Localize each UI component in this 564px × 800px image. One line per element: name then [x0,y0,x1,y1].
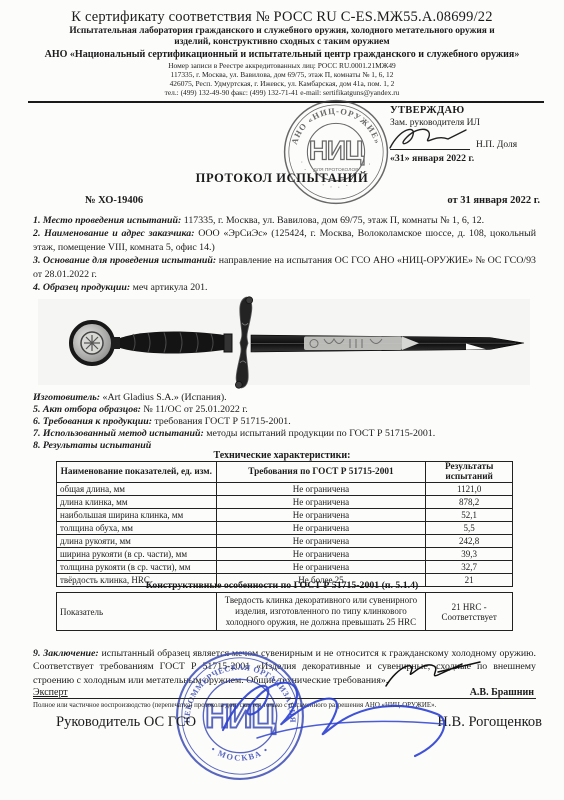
item-3-label: 3. Основание для проведения испытаний: [33,255,216,266]
row-req: Не ограничена [216,496,426,509]
row-result: 52,1 [426,509,513,522]
items-1-4: 1. Место проведения испытаний: 117335, г… [33,214,536,294]
row-req: Не ограничена [216,483,426,496]
row-name: толщина обуха, мм [57,522,217,535]
item-4-label: 4. Образец продукции: [33,282,130,293]
maker-line: Изготовитель: «Art Gladius S.A.» (Испани… [33,392,536,403]
row-result: 21 HRC - Соответствует [426,593,513,631]
certificate-reference: К сертификату соответствия № РОСС RU C-E… [0,9,564,26]
items-5-8: 5. Акт отбора образцов: № 11/ОС от 25.01… [33,404,536,452]
item-2-label: 2. Наименование и адрес заказчика: [33,228,195,239]
row-req: Не ограничена [216,509,426,522]
head-signature [205,652,475,767]
row-req: Не ограничена [216,548,426,561]
row-result: 39,3 [426,548,513,561]
row-name: общая длина, мм [57,483,217,496]
approval-block: УТВЕРЖДАЮ Зам. руководителя ИЛ Н.П. Доля… [390,105,548,164]
table-row: ширина рукояти (в ср. части), ммНе огран… [57,548,513,561]
address-line2: 426075, Респ. Удмуртская, г. Ижевск, ул.… [0,79,564,88]
sword-photo [38,293,530,389]
table-row: общая длина, ммНе ограничена1121,0 [57,483,513,496]
row-req: Твердость клинка декоративного или сувен… [216,593,426,631]
item-5-text: № 11/ОС от 25.01.2022 г. [141,404,248,415]
item-7: 7. Использованный метод испытаний: метод… [33,428,536,440]
round-stamp-gray: АНО «НИЦ-ОРУЖИЕ» · · · · · · · · · · · ·… [283,99,389,205]
item-4-text: меч артикула 201. [130,282,207,293]
lab-name-line2: изделий, конструктивно сходных с таким о… [0,37,564,48]
row-result: 1121,0 [426,483,513,496]
item-7-text: методы испытаний продукции по ГОСТ Р 517… [204,428,435,439]
expert-name: А.В. Брашнин [470,687,534,698]
row-req: Не ограничена [216,522,426,535]
table-row: длина рукояти, ммНе ограничена242,8 [57,535,513,548]
tech-table-caption: Технические характеристики: [0,450,564,461]
col-header-req: Требования по ГОСТ Р 51715-2001 [216,462,426,483]
row-result: 242,8 [426,535,513,548]
row-result: 5,5 [426,522,513,535]
table-row: наибольшая ширина клинка, ммНе ограничен… [57,509,513,522]
table-row: длина клинка, ммНе ограничена878,2 [57,496,513,509]
tech-table: Наименование показателей, ед. изм. Требо… [56,461,513,587]
item-6-label: 6. Требования к продукции: [33,416,152,427]
address-line1: 117335, г. Москва, ул. Вавилова, дом 69/… [0,70,564,79]
contacts-line: тел.: (499) 132-49-90 факс: (499) 132-71… [0,88,564,97]
approval-date: «31» января 2022 г. [390,153,548,164]
design-table: Показатель Твердость клинка декоративног… [56,592,513,631]
item-1: 1. Место проведения испытаний: 117335, г… [33,214,536,227]
item-7-label: 7. Использованный метод испытаний: [33,428,204,439]
registry-line: Номер записи в Реестре аккредитованных л… [0,61,564,70]
item-6-text: требования ГОСТ Р 51715-2001. [152,416,291,427]
item-5-label: 5. Акт отбора образцов: [33,404,141,415]
item-5: 5. Акт отбора образцов: № 11/ОС от 25.01… [33,404,536,416]
head-label: Руководитель ОС ГСО [56,714,196,731]
document-header: К сертификату соответствия № РОСС RU C-E… [0,9,564,97]
item-2: 2. Наименование и адрес заказчика: ООО «… [33,227,536,254]
item-1-text: 117335, г. Москва, ул. Вавилова, дом 69/… [181,215,484,226]
lab-name-line1: Испытательная лаборатория гражданского и… [0,26,564,37]
approval-heading: УТВЕРЖДАЮ [390,105,548,116]
maker-text: «Art Gladius S.A.» (Испания). [100,392,227,403]
row-name: длина клинка, мм [57,496,217,509]
col-header-result: Результаты испытаний [426,462,513,483]
org-name: АНО «Национальный сертификационный и исп… [0,49,564,61]
item-1-label: 1. Место проведения испытаний: [33,215,181,226]
row-name: наибольшая ширина клинка, мм [57,509,217,522]
conclusion-label: 9. Заключение: [33,648,99,659]
protocol-title: ПРОТОКОЛ ИСПЫТАНИЙ [0,171,564,186]
table-row: толщина рукояти (в ср. части), ммНе огра… [57,561,513,574]
row-result: 32,7 [426,561,513,574]
item-3: 3. Основание для проведения испытаний: н… [33,254,536,281]
item-6: 6. Требования к продукции: требования ГО… [33,416,536,428]
row-result: 878,2 [426,496,513,509]
protocol-number: № ХО-19406 [85,195,143,206]
approver-name: Н.П. Доля [476,140,517,150]
design-table-caption: Конструктивные особенности по ГОСТ Р 517… [0,580,564,591]
row-req: Не ограничена [216,561,426,574]
stamp-center-logo: НИЦ [309,135,365,165]
table-row: толщина обуха, ммНе ограничена5,5 [57,522,513,535]
protocol-number-row: № ХО-19406 от 31 января 2022 г. [85,195,540,206]
protocol-date: от 31 января 2022 г. [447,195,540,206]
row-name: длина рукояти, мм [57,535,217,548]
maker-label: Изготовитель: [33,392,100,403]
row-name: Показатель [57,593,217,631]
approver-signature-line [390,130,470,150]
col-header-name: Наименование показателей, ед. изм. [57,462,217,483]
protocol-document: К сертификату соответствия № РОСС RU C-E… [0,0,564,800]
row-name: толщина рукояти (в ср. части), мм [57,561,217,574]
expert-label: Эксперт [33,687,68,698]
tech-table-header: Наименование показателей, ед. изм. Требо… [57,462,513,483]
approver-signature [386,124,478,154]
row-name: ширина рукояти (в ср. части), мм [57,548,217,561]
table-row: Показатель Твердость клинка декоративног… [57,593,513,631]
row-req: Не ограничена [216,535,426,548]
